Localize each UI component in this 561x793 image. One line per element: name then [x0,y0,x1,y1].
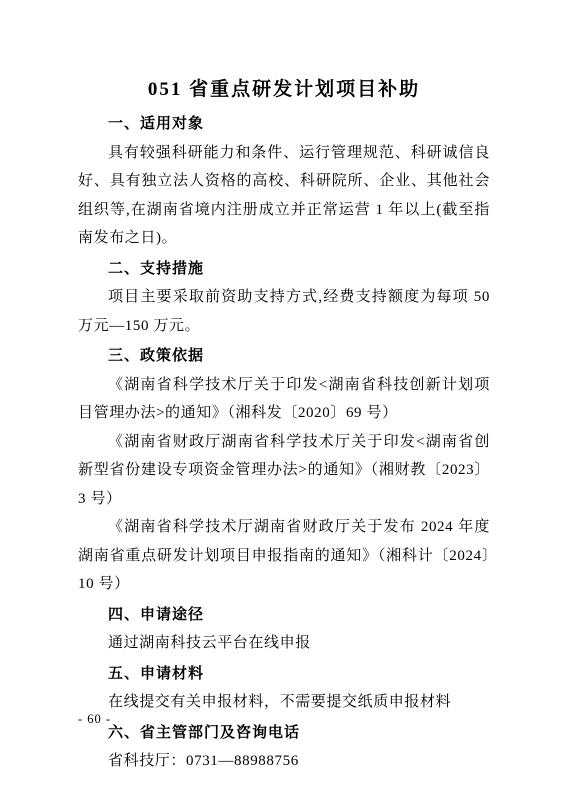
paragraph: 省科技厅：0731—88988756 [78,747,490,776]
section-heading: 一、适用对象 [78,110,490,139]
section-applicable-targets: 一、适用对象 具有较强科研能力和条件、运行管理规范、科研诚信良好、具有独立法人资… [78,110,490,253]
section-policy-basis: 三、政策依据 《湖南省科学技术厅关于印发<湖南省科技创新计划项目管理办法>的通知… [78,342,490,599]
document-page: 051 省重点研发计划项目补助 一、适用对象 具有较强科研能力和条件、运行管理规… [0,0,561,793]
paragraph: 《湖南省科学技术厅湖南省财政厅关于发布 2024 年度湖南省重点研发计划项目申报… [78,513,490,599]
section-heading: 二、支持措施 [78,255,490,284]
section-heading: 三、政策依据 [78,342,490,371]
paragraph: 在线提交有关申报材料，不需要提交纸质申报材料 [78,688,490,717]
paragraph: 《湖南省财政厅湖南省科学技术厅关于印发<湖南省创新型省份建设专项资金管理办法>的… [78,428,490,514]
paragraph: 具有较强科研能力和条件、运行管理规范、科研诚信良好、具有独立法人资格的高校、科研… [78,139,490,253]
section-support-measures: 二、支持措施 项目主要采取前资助支持方式,经费支持额度为每项 50 万元—150… [78,255,490,341]
page-title: 051 省重点研发计划项目补助 [78,76,490,104]
section-heading: 六、省主管部门及咨询电话 [78,719,490,748]
section-heading: 四、申请途径 [78,601,490,630]
section-application-channel: 四、申请途径 通过湖南科技云平台在线申报 [78,601,490,658]
paragraph: 通过湖南科技云平台在线申报 [78,629,490,658]
section-application-materials: 五、申请材料 在线提交有关申报材料，不需要提交纸质申报材料 [78,660,490,717]
paragraph: 项目主要采取前资助支持方式,经费支持额度为每项 50 万元—150 万元。 [78,283,490,340]
section-heading: 五、申请材料 [78,660,490,689]
paragraph: 《湖南省科学技术厅关于印发<湖南省科技创新计划项目管理办法>的通知》（湘科发〔2… [78,371,490,428]
section-contact-info: 六、省主管部门及咨询电话 省科技厅：0731—88988756 [78,719,490,776]
page-number: - 60 - [78,712,111,727]
